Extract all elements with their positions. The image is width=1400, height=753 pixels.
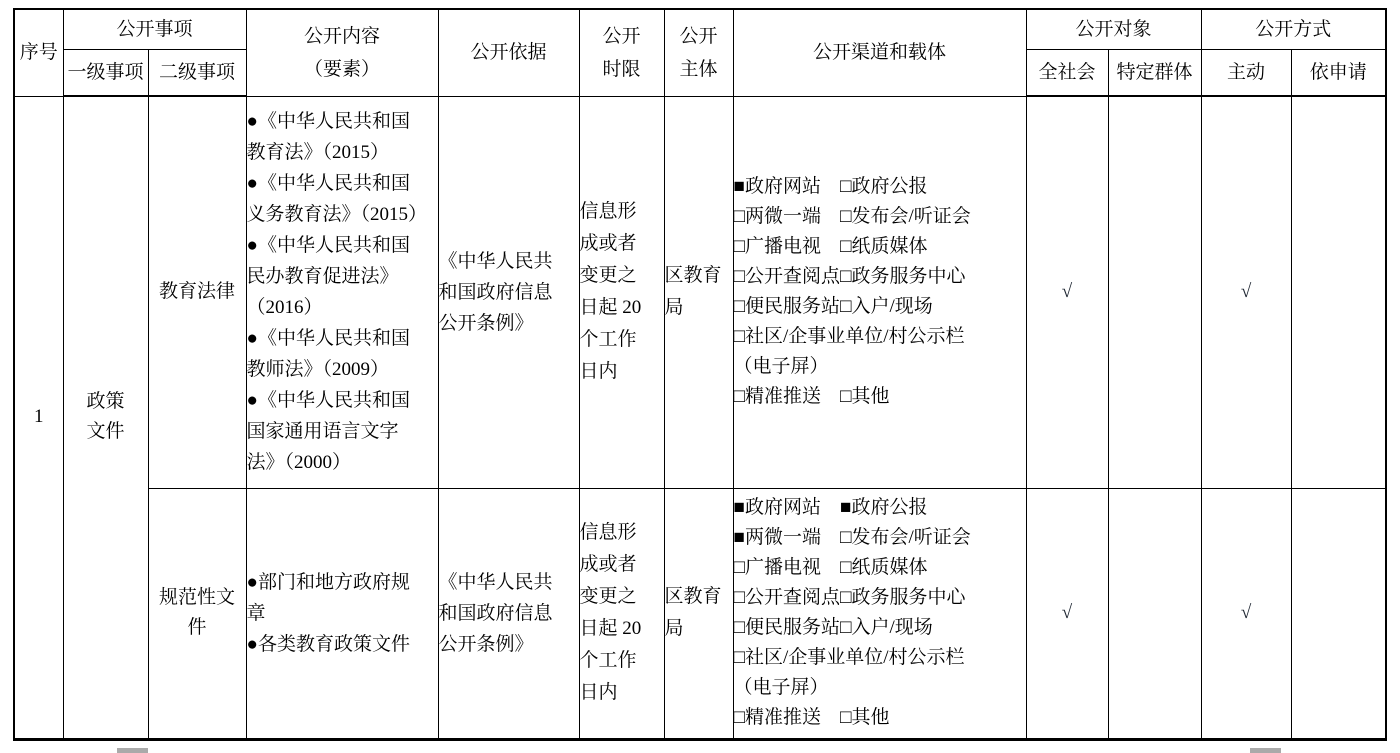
col-header-item-group: 公开事项: [63, 9, 246, 49]
col-header-audience-all: 全社会: [1026, 49, 1108, 96]
check-mark: √: [1241, 602, 1251, 623]
col-header-channels: 公开渠道和载体: [733, 9, 1026, 96]
col-header-method-on-request: 依申请: [1291, 49, 1386, 96]
cell-serial: 1: [14, 96, 63, 739]
cell-content-row1a: ●《中华人民共和国 教育法》（2015） ●《中华人民共和国 义务教育法》（20…: [246, 96, 438, 488]
table-row: 规范性文 件 ●部门和地方政府规 章 ●各类教育政策文件 《中华人民共 和国政府…: [14, 488, 1386, 739]
col-header-content: 公开内容 （要素）: [246, 9, 438, 96]
table-row: 1 政策 文件 教育法律 ●《中华人民共和国 教育法》（2015） ●《中华人民…: [14, 96, 1386, 488]
partial-element-below-right: [1250, 748, 1281, 753]
disclosure-catalog-table: 序号 公开事项 公开内容 （要素） 公开依据 公开 时限 公开 主体 公开渠道和…: [13, 8, 1387, 741]
cell-audience-all-row1a: √: [1026, 96, 1108, 488]
col-header-method-group: 公开方式: [1201, 9, 1386, 49]
col-header-subject: 公开 主体: [664, 9, 733, 96]
cell-subject-row1a: 区教育 局: [664, 96, 733, 488]
cell-content-row1b: ●部门和地方政府规 章 ●各类教育政策文件: [246, 488, 438, 739]
col-header-serial: 序号: [14, 9, 63, 96]
cell-level2-row1b: 规范性文 件: [148, 488, 246, 739]
cell-method-proactive-row1a: √: [1201, 96, 1291, 488]
col-header-level2: 二级事项: [148, 49, 246, 96]
col-header-audience-group: 公开对象: [1026, 9, 1201, 49]
check-mark: √: [1241, 281, 1251, 302]
cell-time-limit-row1a: 信息形 成或者 变更之 日起 20 个工作 日内: [579, 96, 664, 488]
cell-method-on-request-row1b: [1291, 488, 1386, 739]
col-header-basis: 公开依据: [438, 9, 579, 96]
col-header-audience-specific: 特定群体: [1108, 49, 1201, 96]
cell-level2-row1a: 教育法律: [148, 96, 246, 488]
cell-audience-specific-row1a: [1108, 96, 1201, 488]
cell-channels-row1a: ■政府网站 □政府公报 □两微一端 □发布会/听证会 □广播电视 □纸质媒体 □…: [733, 96, 1026, 488]
col-header-level1: 一级事项: [63, 49, 148, 96]
cell-channels-row1b: ■政府网站 ■政府公报 ■两微一端 □发布会/听证会 □广播电视 □纸质媒体 □…: [733, 488, 1026, 739]
check-mark: √: [1062, 281, 1072, 302]
partial-element-below-left: [117, 748, 148, 753]
cell-audience-all-row1b: √: [1026, 488, 1108, 739]
cell-method-on-request-row1a: [1291, 96, 1386, 488]
check-mark: √: [1062, 602, 1072, 623]
col-header-method-proactive: 主动: [1201, 49, 1291, 96]
cell-audience-specific-row1b: [1108, 488, 1201, 739]
cell-time-limit-row1b: 信息形 成或者 变更之 日起 20 个工作 日内: [579, 488, 664, 739]
document-page: 序号 公开事项 公开内容 （要素） 公开依据 公开 时限 公开 主体 公开渠道和…: [0, 0, 1400, 753]
col-header-time-limit: 公开 时限: [579, 9, 664, 96]
cell-method-proactive-row1b: √: [1201, 488, 1291, 739]
cell-basis-row1b: 《中华人民共 和国政府信息 公开条例》: [438, 488, 579, 739]
cell-subject-row1b: 区教育 局: [664, 488, 733, 739]
cell-basis-row1a: 《中华人民共 和国政府信息 公开条例》: [438, 96, 579, 488]
cell-level1: 政策 文件: [63, 96, 148, 739]
